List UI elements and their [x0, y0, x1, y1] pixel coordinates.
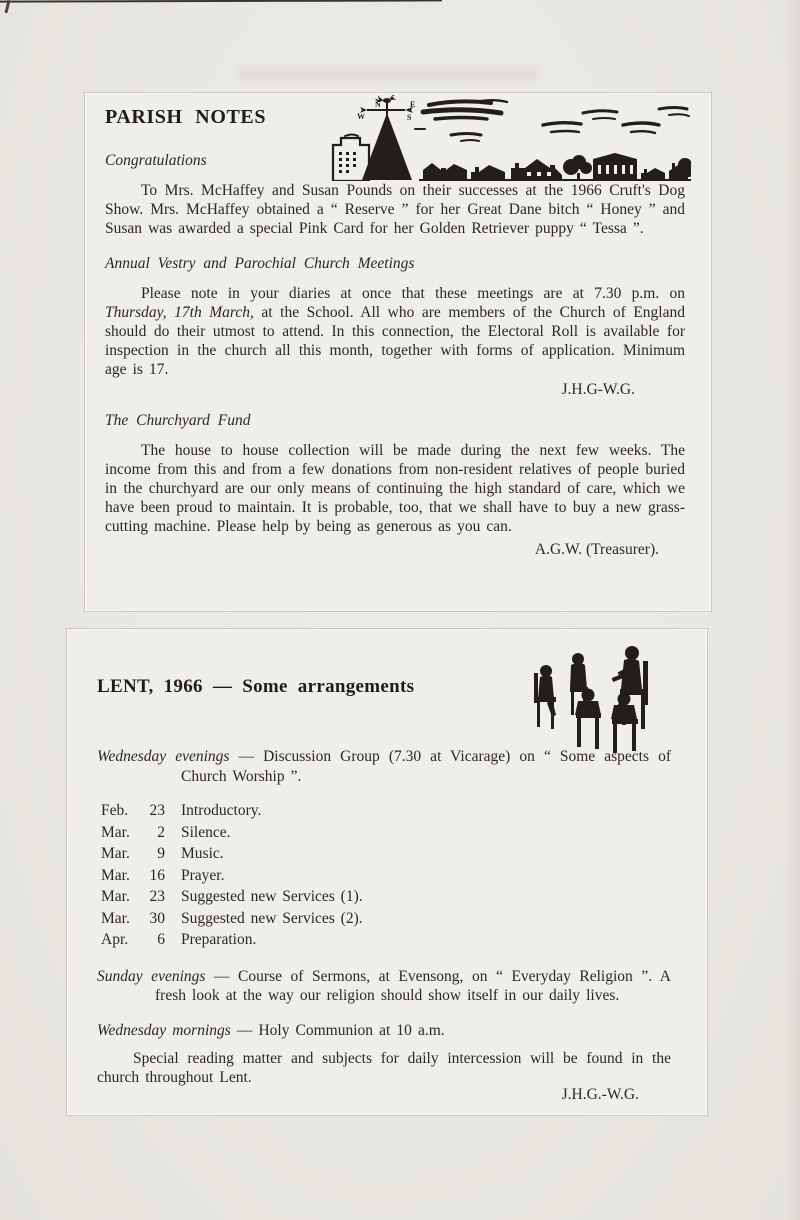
sunday-evenings-text: — Course of Sermons, at Evensong, on “ E… [155, 968, 671, 1005]
schedule-topic: Silence. [181, 822, 231, 844]
schedule-row: Mar.30Suggested new Services (2). [101, 908, 671, 930]
lent-signature: J.H.G.-W.G. [97, 1085, 671, 1104]
sunday-evenings-item: Sunday evenings — Course of Sermons, at … [97, 967, 671, 1006]
congratulations-paragraph: To Mrs. McHaffey and Susan Pounds on the… [105, 181, 685, 238]
lent-closing-paragraph: Special reading matter and subjects for … [97, 1049, 671, 1087]
churchyard-heading: The Churchyard Fund [105, 411, 685, 430]
schedule-month: Mar. [101, 843, 145, 865]
scan-vignette [786, 0, 800, 1220]
schedule-row: Mar.9Music. [101, 843, 671, 865]
sunday-evenings-term: Sunday evenings [97, 968, 205, 985]
scan-edge-artifact [0, 0, 442, 3]
schedule-row: Feb.23Introductory. [101, 800, 671, 822]
schedule-topic: Suggested new Services (1). [181, 886, 363, 908]
svg-text:E: E [410, 100, 415, 109]
vestry-paragraph: Please note in your diaries at once that… [105, 284, 685, 379]
svg-text:N: N [375, 100, 381, 109]
schedule-month: Mar. [101, 886, 145, 908]
discussion-group-icon [525, 637, 663, 757]
schedule-row: Mar.23Suggested new Services (1). [101, 886, 671, 908]
schedule-month: Mar. [101, 865, 145, 887]
schedule-row: Apr.6Preparation. [101, 929, 671, 951]
wednesday-evenings-term: Wednesday evenings [97, 748, 229, 765]
schedule-day: 23 [145, 886, 165, 908]
schedule-day: 2 [145, 822, 165, 844]
schedule-day: 9 [145, 843, 165, 865]
vestry-text-pre: Please note in your diaries at once that… [141, 285, 685, 302]
schedule-day: 16 [145, 865, 165, 887]
churchyard-paragraph: The house to house collection will be ma… [105, 441, 685, 536]
vestry-signature: J.H.G-W.G. [105, 380, 685, 399]
wednesday-mornings-text: — Holy Communion at 10 a.m. [237, 1022, 445, 1039]
schedule-month: Apr. [101, 929, 145, 951]
wednesday-mornings-term: Wednesday mornings [97, 1022, 231, 1039]
schedule-row: Mar.16Prayer. [101, 865, 671, 887]
schedule-topic: Introductory. [181, 800, 261, 822]
schedule-day: 30 [145, 908, 165, 930]
parish-notes-panel: N W E S [84, 92, 712, 612]
schedule-row: Mar.2Silence. [101, 822, 671, 844]
schedule-topic: Suggested new Services (2). [181, 908, 363, 930]
vestry-heading: Annual Vestry and Parochial Church Meeti… [105, 254, 685, 273]
lent-schedule-list: Feb.23Introductory. Mar.2Silence. Mar.9M… [101, 800, 671, 951]
village-weathervane-icon: N W E S [331, 95, 691, 181]
churchyard-signature: A.G.W. (Treasurer). [105, 540, 685, 559]
schedule-day: 23 [145, 800, 165, 822]
schedule-month: Feb. [101, 800, 145, 822]
bleed-through-smudge [238, 69, 538, 80]
lent-panel: LENT, 1966 — Some arrangements Wednesday… [66, 628, 708, 1116]
schedule-topic: Music. [181, 843, 224, 865]
schedule-month: Mar. [101, 822, 145, 844]
schedule-topic: Prayer. [181, 865, 224, 887]
svg-text:W: W [357, 112, 365, 121]
wednesday-mornings-item: Wednesday mornings — Holy Communion at 1… [97, 1021, 671, 1041]
svg-text:S: S [407, 113, 412, 122]
vestry-date-italic: Thursday, 17th March, [105, 304, 254, 321]
scanned-magazine-page: { "colors": { "paper": "#e9e7e1", "panel… [0, 0, 800, 1220]
schedule-month: Mar. [101, 908, 145, 930]
schedule-day: 6 [145, 929, 165, 951]
schedule-topic: Preparation. [181, 929, 256, 951]
